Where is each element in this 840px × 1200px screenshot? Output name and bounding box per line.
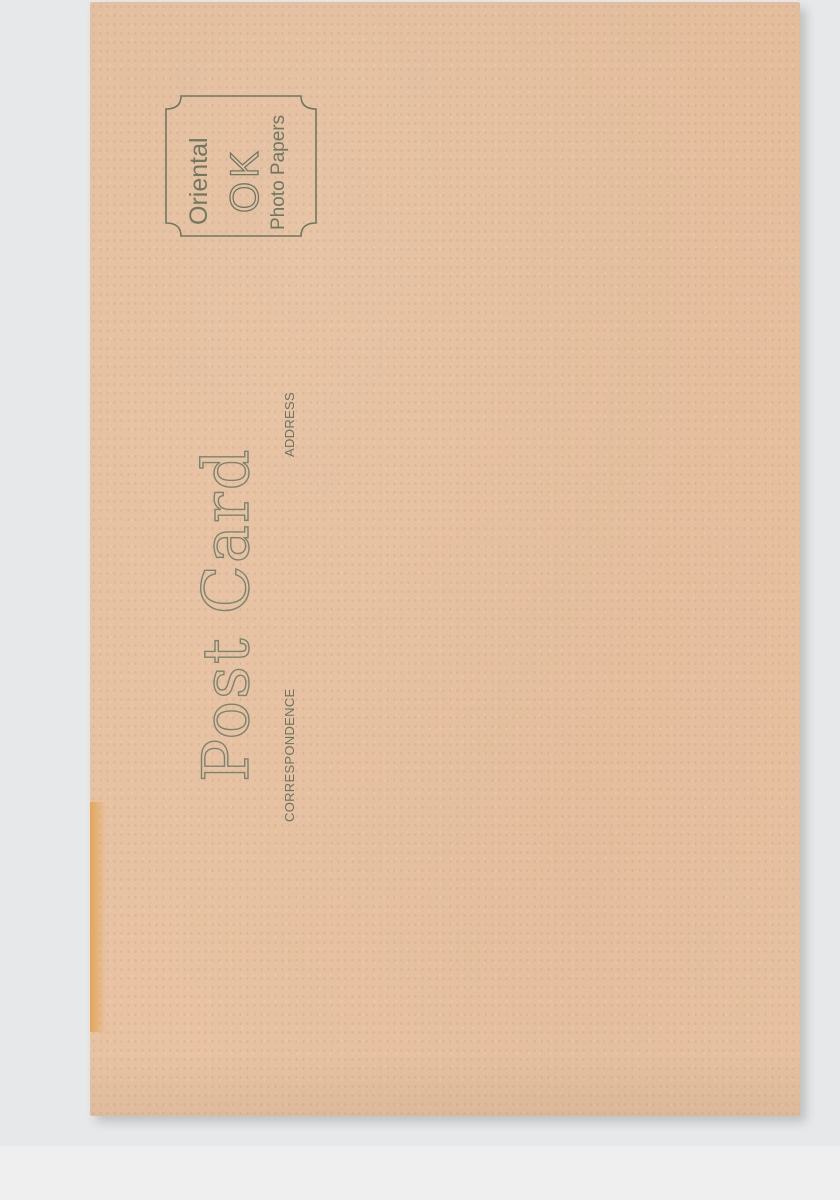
stamp-ok: OK <box>223 147 268 213</box>
page-footer-band <box>0 1146 840 1200</box>
postcard-back: Oriental OK Photo Papers Post Card ADDRE… <box>90 2 800 1116</box>
postcard-title: Post Card <box>190 447 264 782</box>
correspondence-label: CORRESPONDENCE <box>282 689 297 823</box>
address-label: ADDRESS <box>282 392 297 457</box>
stamp-product: Photo Papers <box>268 115 290 230</box>
stamp-brand: Oriental <box>185 137 214 225</box>
stamp-box: Oriental OK Photo Papers <box>165 95 317 237</box>
edge-stain <box>90 802 106 1032</box>
bottom-grime <box>90 1056 800 1116</box>
